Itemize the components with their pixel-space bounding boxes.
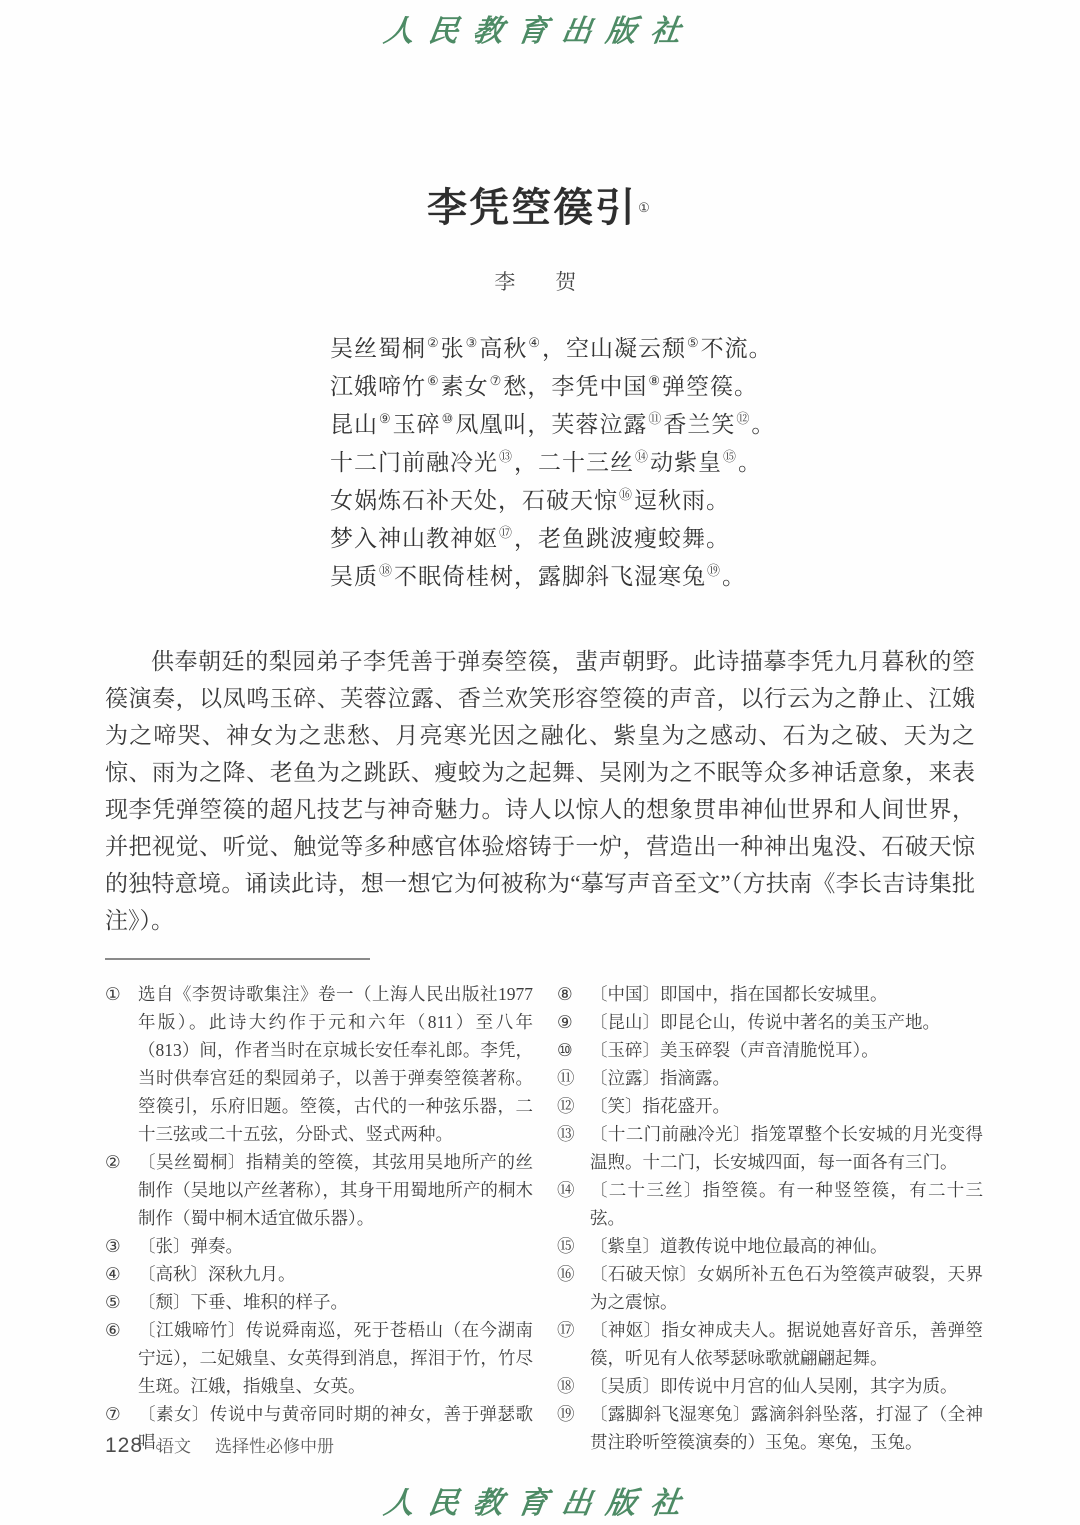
poem-line: 江娥啼竹⑥素女⑦愁，李凭中国⑧弹箜篌。 xyxy=(330,368,775,406)
footnote-ref: ⑭ xyxy=(635,449,649,464)
footnote-ref: ⑱ xyxy=(379,563,393,578)
footnote-text: 〔张〕弹奏。 xyxy=(138,1236,243,1256)
footnote-number: ⑩ xyxy=(557,1036,573,1064)
page-footer: 128 语文 选择性必修中册 xyxy=(105,1432,334,1458)
footnote-text: 〔吴质〕即传说中月宫的仙人吴刚，其字为质。 xyxy=(590,1376,958,1396)
footnote-item: ⑱〔吴质〕即传说中月宫的仙人吴刚，其字为质。 xyxy=(557,1372,983,1400)
footnote-item: ⑭〔二十三丝〕指箜篌。有一种竖箜篌，有二十三弦。 xyxy=(557,1176,983,1232)
footnote-ref: ⑤ xyxy=(687,335,700,350)
footnote-number: ④ xyxy=(105,1260,121,1288)
publisher-watermark-bottom: 人民教育出版社 xyxy=(0,1478,1080,1522)
footnote-item: ⑯〔石破天惊〕女娲所补五色石为箜篌声破裂，天界为之震惊。 xyxy=(557,1260,983,1316)
poem-line: 女娲炼石补天处，石破天惊⑯逗秋雨。 xyxy=(330,482,775,520)
footnote-item: ⑲〔露脚斜飞湿寒兔〕露滴斜斜坠落，打湿了（全神贯注聆听箜篌演奏的）玉兔。寒兔，玉… xyxy=(557,1400,983,1456)
footnote-item: ⑧〔中国〕即国中，指在国都长安城里。 xyxy=(557,980,983,1008)
footnote-item: ⑨〔昆山〕即昆仑山，传说中著名的美玉产地。 xyxy=(557,1008,983,1036)
poem-line: 梦入神山教神妪⑰，老鱼跳波瘦蛟舞。 xyxy=(330,520,775,558)
poem-line: 昆山⑨玉碎⑩凤凰叫，芙蓉泣露⑪香兰笑⑫。 xyxy=(330,406,775,444)
footnote-ref: ② xyxy=(427,335,440,350)
title-footnote-ref: ① xyxy=(638,200,652,215)
footnote-text: 〔颓〕下垂、堆积的样子。 xyxy=(138,1292,348,1312)
commentary-paragraph: 供奉朝廷的梨园弟子李凭善于弹奏箜篌，蜚声朝野。此诗描摹李凭九月暮秋的箜篌演奏，以… xyxy=(105,643,975,939)
poem-line: 吴丝蜀桐②张③高秋④，空山凝云颓⑤不流。 xyxy=(330,330,775,368)
footnote-ref: ⑲ xyxy=(707,563,721,578)
footnotes-right-column: ⑧〔中国〕即国中，指在国都长安城里。⑨〔昆山〕即昆仑山，传说中著名的美玉产地。⑩… xyxy=(557,980,983,1456)
footnote-number: ⑮ xyxy=(557,1232,575,1260)
footnote-ref: ⑮ xyxy=(723,449,737,464)
footnote-item: ①选自《李贺诗歌集注》卷一（上海人民出版社1977年版）。此诗大约作于元和六年（… xyxy=(105,980,533,1148)
footnote-item: ⑬〔十二门前融冷光〕指笼罩整个长安城的月光变得温煦。十二门，长安城四面，每一面各… xyxy=(557,1120,983,1176)
footnote-text: 〔玉碎〕美玉碎裂（声音清脆悦耳）。 xyxy=(590,1040,879,1060)
footnote-number: ⑥ xyxy=(105,1316,121,1344)
page-title: 李凭箜篌引① xyxy=(0,176,1080,233)
footnote-ref: ⑫ xyxy=(736,411,750,426)
publisher-watermark-top: 人民教育出版社 xyxy=(0,6,1080,50)
footnote-ref: ⑬ xyxy=(499,449,513,464)
footnote-item: ⑪〔泣露〕指滴露。 xyxy=(557,1064,983,1092)
book-title: 选择性必修中册 xyxy=(215,1432,334,1457)
footnote-number: ① xyxy=(105,980,121,1008)
footnote-item: ⑫〔笑〕指花盛开。 xyxy=(557,1092,983,1120)
footnote-number: ⑪ xyxy=(557,1064,575,1092)
footnote-item: ⑮〔紫皇〕道教传说中地位最高的神仙。 xyxy=(557,1232,983,1260)
poem-title-text: 李凭箜篌引 xyxy=(427,185,637,230)
footnote-number: ⑯ xyxy=(557,1260,575,1288)
subject-label: 语文 xyxy=(157,1432,191,1457)
footnote-text: 〔笑〕指花盛开。 xyxy=(590,1096,730,1116)
footnote-item: ④〔高秋〕深秋九月。 xyxy=(105,1260,533,1288)
footnote-number: ⑰ xyxy=(557,1316,575,1344)
footnote-text: 〔石破天惊〕女娲所补五色石为箜篌声破裂，天界为之震惊。 xyxy=(590,1264,983,1312)
footnote-text: 〔江娥啼竹〕传说舜南巡，死于苍梧山（在今湖南宁远），二妃娥皇、女英得到消息，挥泪… xyxy=(138,1320,533,1396)
footnote-ref: ⑦ xyxy=(490,373,503,388)
poem-line: 十二门前融冷光⑬，二十三丝⑭动紫皇⑮。 xyxy=(330,444,775,482)
author-name: 李 贺 xyxy=(0,266,1080,296)
footnote-text: 〔二十三丝〕指箜篌。有一种竖箜篌，有二十三弦。 xyxy=(590,1180,983,1228)
footnote-number: ⑱ xyxy=(557,1372,575,1400)
footnotes-left-column: ①选自《李贺诗歌集注》卷一（上海人民出版社1977年版）。此诗大约作于元和六年（… xyxy=(105,980,533,1456)
footnote-number: ⑭ xyxy=(557,1176,575,1204)
footnote-divider xyxy=(105,958,370,960)
footnote-text: 〔露脚斜飞湿寒兔〕露滴斜斜坠落，打湿了（全神贯注聆听箜篌演奏的）玉兔。寒兔，玉兔… xyxy=(590,1404,983,1452)
page-number: 128 xyxy=(105,1434,143,1458)
footnote-ref: ⑩ xyxy=(442,411,455,426)
footnote-item: ⑰〔神妪〕指女神成夫人。据说她喜好音乐，善弹箜篌，听见有人依琴瑟咏歌就翩翩起舞。 xyxy=(557,1316,983,1372)
footnote-ref: ⑧ xyxy=(648,373,661,388)
footnote-item: ⑥〔江娥啼竹〕传说舜南巡，死于苍梧山（在今湖南宁远），二妃娥皇、女英得到消息，挥… xyxy=(105,1316,533,1400)
footnote-item: ⑩〔玉碎〕美玉碎裂（声音清脆悦耳）。 xyxy=(557,1036,983,1064)
footnote-number: ⑲ xyxy=(557,1400,575,1428)
footnote-text: 〔吴丝蜀桐〕指精美的箜篌，其弦用吴地所产的丝制作（吴地以产丝著称），其身干用蜀地… xyxy=(138,1152,533,1228)
footnote-item: ⑤〔颓〕下垂、堆积的样子。 xyxy=(105,1288,533,1316)
footnote-text: 〔泣露〕指滴露。 xyxy=(590,1068,730,1088)
footnote-ref: ⑪ xyxy=(648,411,662,426)
footnote-ref: ⑯ xyxy=(619,487,633,502)
footnote-text: 〔神妪〕指女神成夫人。据说她喜好音乐，善弹箜篌，听见有人依琴瑟咏歌就翩翩起舞。 xyxy=(590,1320,983,1368)
footnote-number: ⑤ xyxy=(105,1288,121,1316)
footnote-number: ② xyxy=(105,1148,121,1176)
poem-line: 吴质⑱不眠倚桂树，露脚斜飞湿寒兔⑲。 xyxy=(330,558,775,596)
footnote-ref: ③ xyxy=(466,335,479,350)
footnote-number: ⑨ xyxy=(557,1008,573,1036)
footnote-text: 〔十二门前融冷光〕指笼罩整个长安城的月光变得温煦。十二门，长安城四面，每一面各有… xyxy=(590,1124,983,1172)
footnote-number: ③ xyxy=(105,1232,121,1260)
footnote-ref: ⑰ xyxy=(499,525,513,540)
footnote-text: 〔昆山〕即昆仑山，传说中著名的美玉产地。 xyxy=(590,1012,940,1032)
footnote-ref: ⑨ xyxy=(379,411,392,426)
footnote-number: ⑧ xyxy=(557,980,573,1008)
footnote-number: ⑫ xyxy=(557,1092,575,1120)
footnote-number: ⑦ xyxy=(105,1400,121,1428)
footnote-text: 〔高秋〕深秋九月。 xyxy=(138,1264,296,1284)
footnote-item: ②〔吴丝蜀桐〕指精美的箜篌，其弦用吴地所产的丝制作（吴地以产丝著称），其身干用蜀… xyxy=(105,1148,533,1232)
footnote-ref: ④ xyxy=(528,335,541,350)
footnote-item: ③〔张〕弹奏。 xyxy=(105,1232,533,1260)
footnote-text: 选自《李贺诗歌集注》卷一（上海人民出版社1977年版）。此诗大约作于元和六年（8… xyxy=(138,984,533,1144)
textbook-page: 人民教育出版社 李凭箜篌引① 李 贺 吴丝蜀桐②张③高秋④，空山凝云颓⑤不流。江… xyxy=(0,0,1080,1525)
footnote-ref: ⑥ xyxy=(427,373,440,388)
poem: 吴丝蜀桐②张③高秋④，空山凝云颓⑤不流。江娥啼竹⑥素女⑦愁，李凭中国⑧弹箜篌。昆… xyxy=(330,330,775,596)
footnote-text: 〔紫皇〕道教传说中地位最高的神仙。 xyxy=(590,1236,888,1256)
footnote-text: 〔中国〕即国中，指在国都长安城里。 xyxy=(590,984,888,1004)
footnote-number: ⑬ xyxy=(557,1120,575,1148)
